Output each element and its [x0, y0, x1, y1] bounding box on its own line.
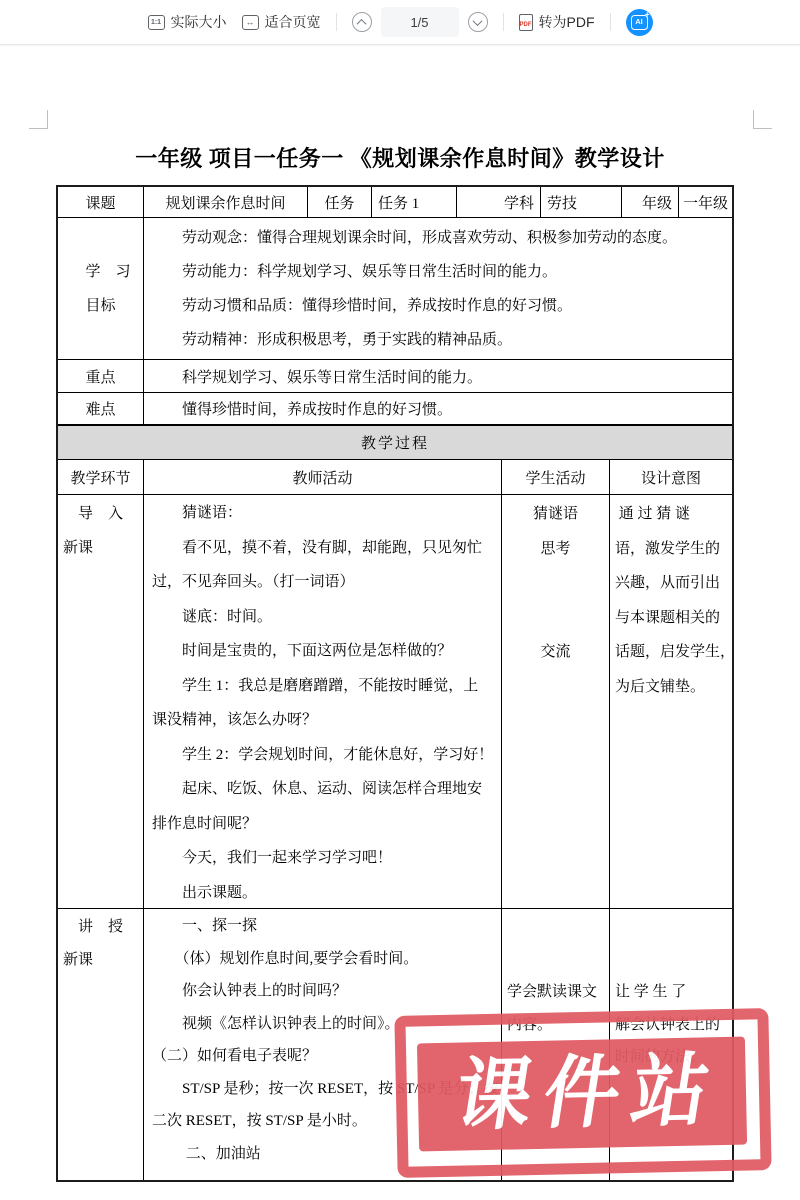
lesson-plan-table: 课题 规划课余作息时间 任务 任务 1 学科 劳技 年级 一年级 学 习 目标 …: [56, 185, 734, 1182]
teach-student: 学会默读课文 内容。: [502, 909, 610, 1180]
to-pdf-button[interactable]: PDF 转为PDF: [519, 12, 595, 32]
teach-intent: 让 学 生 了 解会认钟表上的 时间的方法。: [610, 909, 732, 1180]
difficulty-text: 懂得珍惜时间，养成按时作息的好习惯。: [144, 393, 732, 424]
difficulty-label: 难点: [58, 393, 144, 424]
to-pdf-label: 转为PDF: [539, 12, 595, 32]
actual-size-button[interactable]: 1:1 实际大小: [148, 12, 227, 32]
task-label: 任务: [308, 187, 372, 217]
col-header-teacher: 教师活动: [144, 460, 502, 494]
goals-text: 劳动观念：懂得合理规划课余时间，形成喜欢劳动、积极参加劳动的态度。 劳动能力：科…: [144, 218, 732, 359]
teach-teacher: 一、探一探 （体）规划作息时间,要学会看时间。 你会认钟表上的时间吗？ 视频《怎…: [144, 909, 502, 1180]
grade-value: 一年级: [679, 187, 732, 217]
intro-student: 猜谜语 思考 交流: [502, 495, 610, 908]
one-to-one-icon: 1:1: [148, 15, 165, 30]
page-navigation: 1/5: [352, 7, 488, 37]
fit-width-button[interactable]: ↔ 适合页宽: [242, 12, 321, 32]
toolbar-divider: [336, 13, 337, 31]
keypoint-label: 重点: [58, 360, 144, 392]
ai-plus-icon: +: [645, 11, 650, 19]
task-value: 任务 1: [372, 187, 457, 217]
page-title: 一年级 项目一任务一 《规划课余作息时间》教学设计: [0, 142, 800, 173]
subject-value: 规划课余作息时间: [144, 187, 308, 217]
process-banner: 教学过程: [58, 426, 732, 459]
table-row-keypoint: 重点 科学规划学习、娱乐等日常生活时间的能力。: [58, 360, 732, 393]
intro-stage: 导 入 新课: [58, 495, 144, 908]
intro-intent: 通 过 猜 谜 语，激发学生的 兴趣，从而引出 与本课题相关的 话题，启发学生，…: [610, 495, 732, 908]
crop-mark-top-right: [753, 110, 772, 129]
document-page: 一年级 项目一任务一 《规划课余作息时间》教学设计 课题 规划课余作息时间 任务…: [0, 44, 800, 1200]
pdf-badge-label: PDF: [520, 22, 532, 28]
col-header-stage: 教学环节: [58, 460, 144, 494]
table-row-difficulty: 难点 懂得珍惜时间，养成按时作息的好习惯。: [58, 393, 732, 425]
prev-page-button[interactable]: [352, 12, 372, 32]
actual-size-label: 实际大小: [171, 12, 227, 32]
table-row-process-header: 教学环节 教师活动 学生活动 设计意图: [58, 460, 732, 495]
teach-stage: 讲 授 新课: [58, 909, 144, 1180]
subject-label: 课题: [58, 187, 144, 217]
table-row-goals: 学 习 目标 劳动观念：懂得合理规划课余时间，形成喜欢劳动、积极参加劳动的态度。…: [58, 218, 732, 360]
page-indicator[interactable]: 1/5: [381, 7, 459, 37]
table-row-teach: 讲 授 新课 一、探一探 （体）规划作息时间,要学会看时间。 你会认钟表上的时间…: [58, 909, 732, 1180]
col-header-intent: 设计意图: [610, 460, 732, 494]
toolbar-divider: [610, 13, 611, 31]
table-row-process-banner: 教学过程: [58, 425, 732, 460]
fit-width-label: 适合页宽: [265, 12, 321, 32]
toolbar-divider: [503, 13, 504, 31]
intro-teacher: 猜谜语： 看不见，摸不着，没有脚，却能跑，只见匆忙 过，不见奔回头。（打一词语）…: [144, 495, 502, 908]
table-row-info: 课题 规划课余作息时间 任务 任务 1 学科 劳技 年级 一年级: [58, 187, 732, 218]
pdf-icon: PDF: [519, 14, 533, 31]
chevron-down-icon: [473, 16, 483, 26]
keypoint-text: 科学规划学习、娱乐等日常生活时间的能力。: [144, 360, 732, 392]
goals-label: 学 习 目标: [58, 218, 144, 359]
ai-assistant-button[interactable]: AI +: [626, 9, 653, 36]
fit-width-icon: ↔: [242, 15, 259, 30]
col-header-student: 学生活动: [502, 460, 610, 494]
discipline-label: 学科: [457, 187, 541, 217]
chevron-up-icon: [357, 18, 367, 28]
table-row-intro: 导 入 新课 猜谜语： 看不见，摸不着，没有脚，却能跑，只见匆忙 过，不见奔回头…: [58, 495, 732, 909]
crop-mark-top-left: [29, 110, 48, 129]
discipline-value: 劳技: [541, 187, 622, 217]
viewer-toolbar: 1:1 实际大小 ↔ 适合页宽 1/5 PDF 转为PDF AI +: [0, 0, 800, 45]
next-page-button[interactable]: [468, 12, 488, 32]
grade-label: 年级: [622, 187, 679, 217]
